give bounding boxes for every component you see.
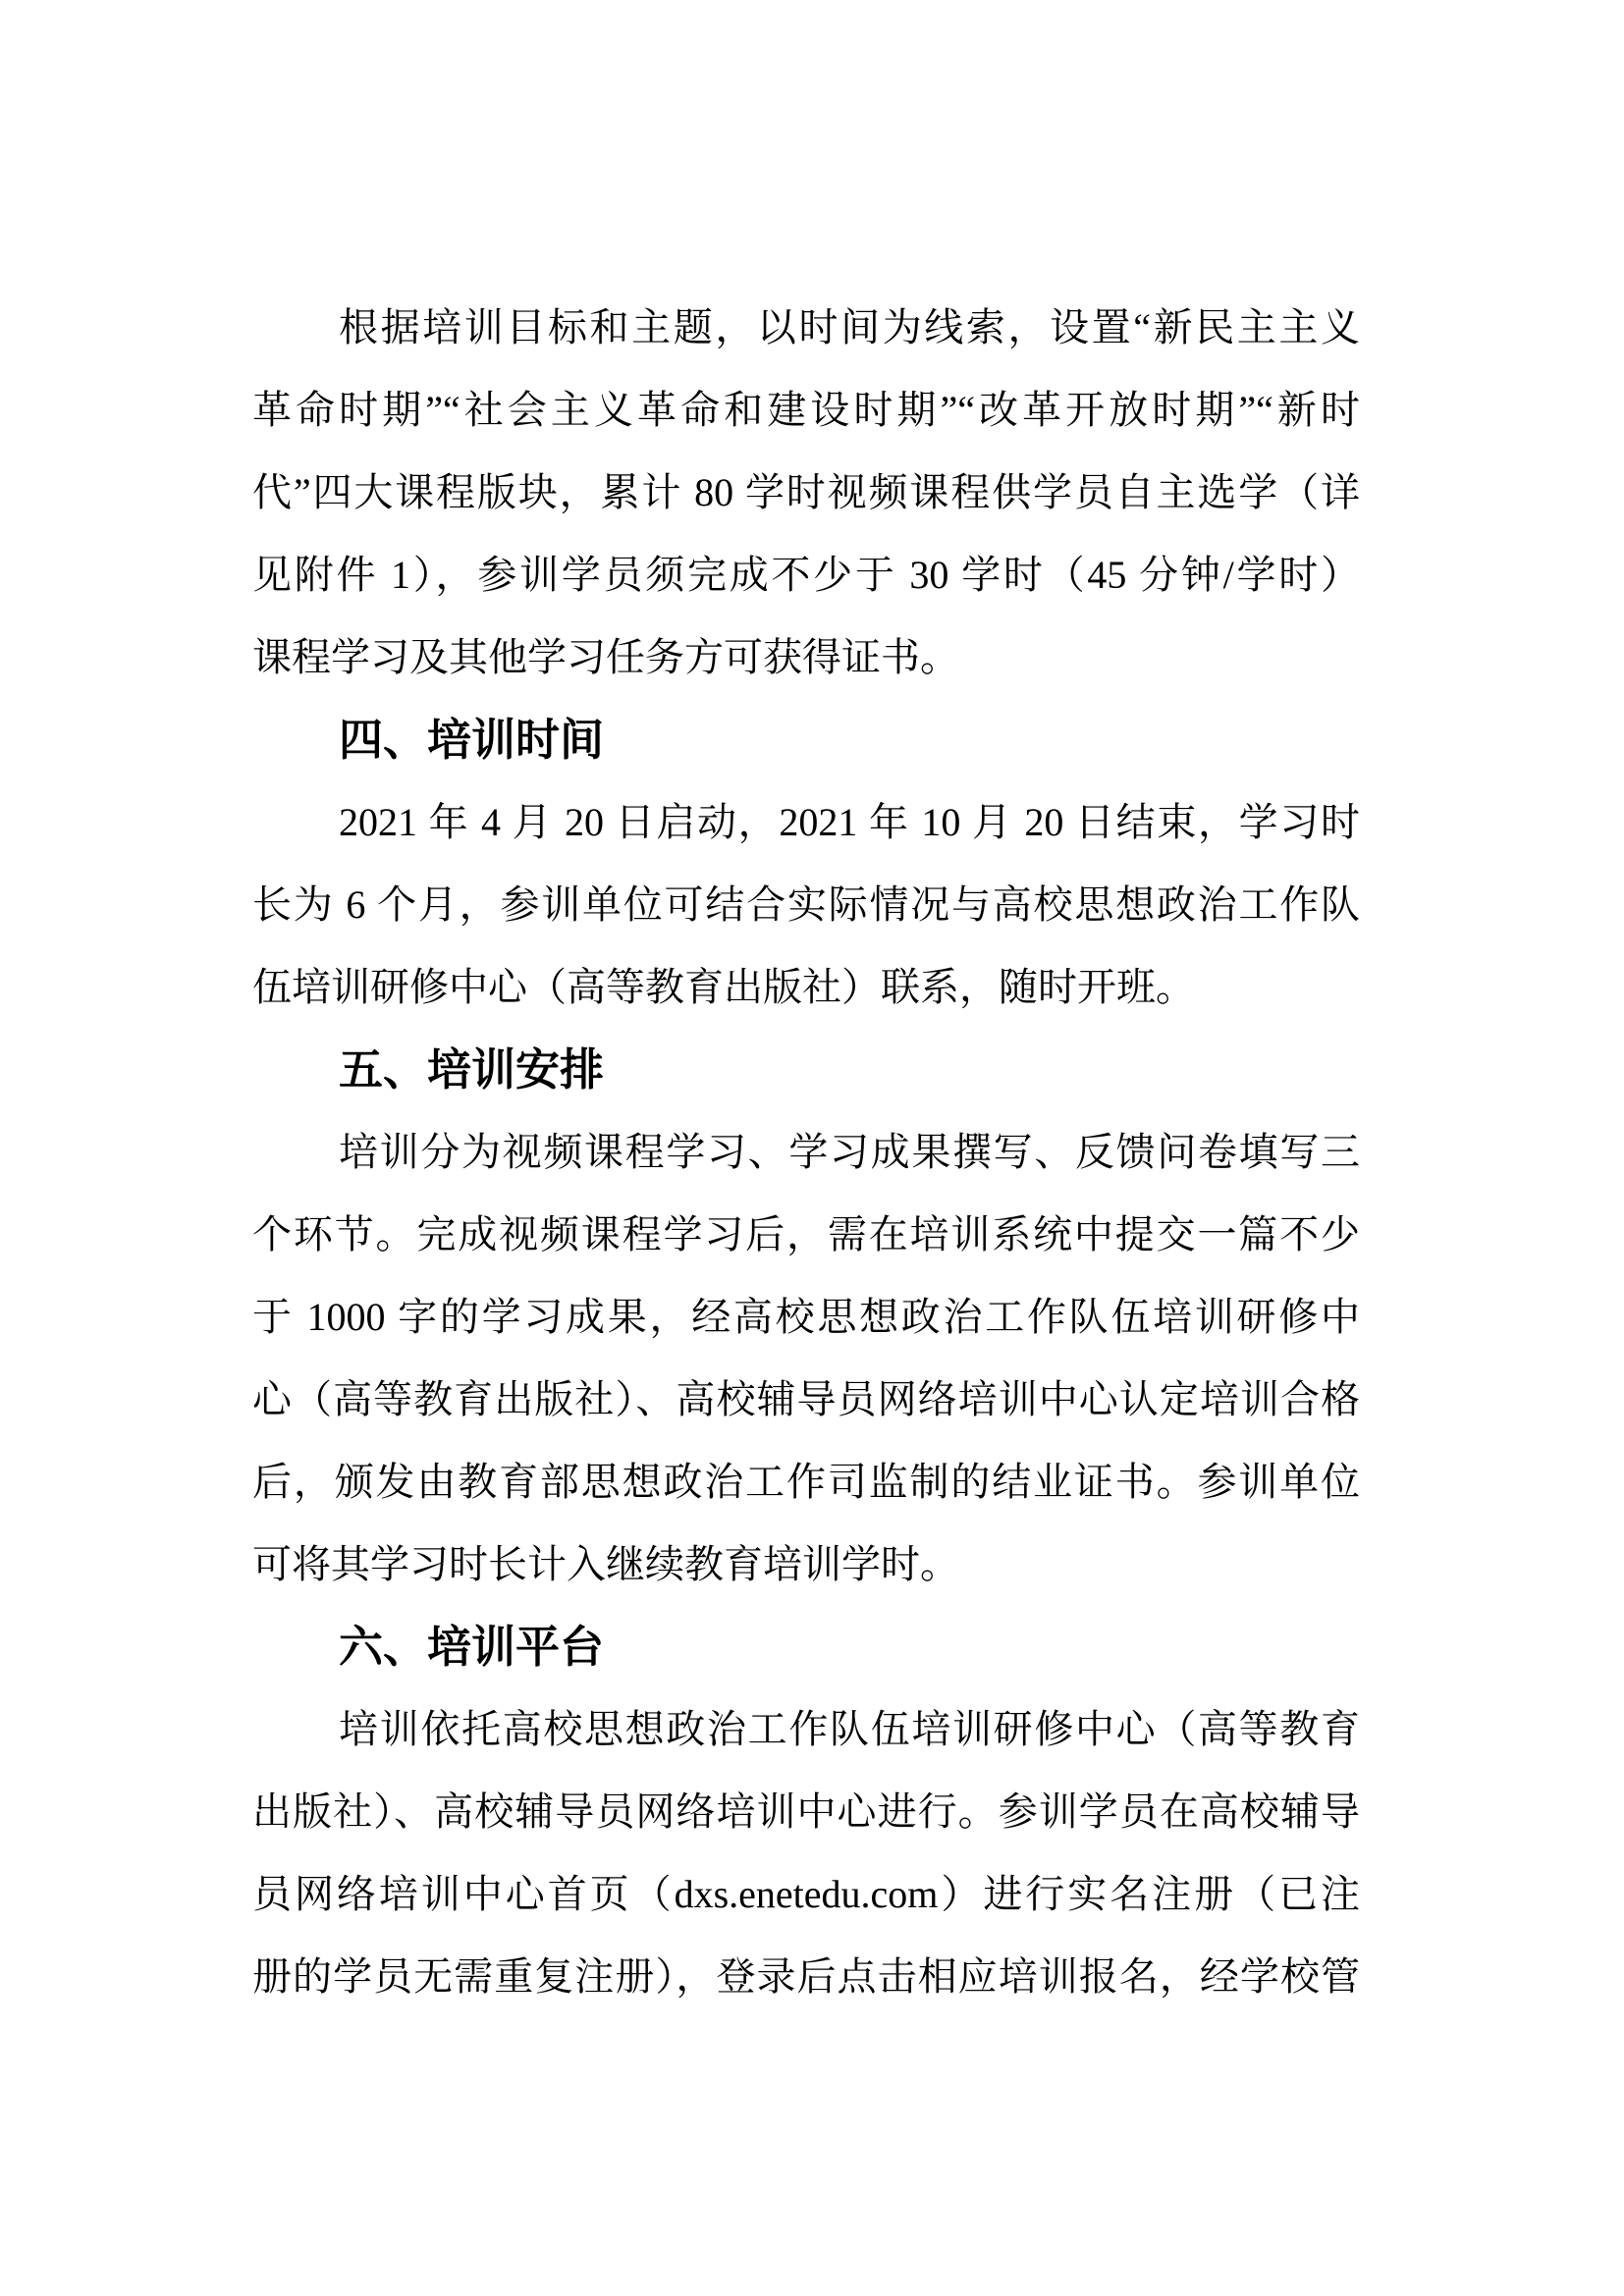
text-line: 培训分为视频课程学习、学习成果撰写、反馈问卷填写三 [252, 1111, 1360, 1194]
text-line: 个环节。完成视频课程学习后，需在培训系统中提交一篇不少 [252, 1194, 1360, 1276]
text-line: 册的学员无需重复注册），登录后点击相应培训报名，经学校管 [252, 1936, 1360, 2018]
text-line: 根据培训目标和主题，以时间为线索，设置“新民主主义 [252, 287, 1360, 369]
text-line: 培训依托高校思想政治工作队伍培训研修中心（高等教育 [252, 1688, 1360, 1771]
text-line: 出版社）、高校辅导员网络培训中心进行。参训学员在高校辅导 [252, 1771, 1360, 1853]
document-page: 根据培训目标和主题，以时间为线索，设置“新民主主义 革命时期”“社会主义革命和建… [0, 0, 1624, 2296]
text-line: 后，颁发由教育部思想政治工作司监制的结业证书。参训单位 [252, 1441, 1360, 1523]
document-text-column: 根据培训目标和主题，以时间为线索，设置“新民主主义 革命时期”“社会主义革命和建… [252, 287, 1360, 2018]
text-line: 见附件 1），参训学员须完成不少于 30 学时（45 分钟/学时） [252, 534, 1360, 616]
section-heading-4-training-time: 四、培训时间 [252, 699, 1360, 781]
text-line: 伍培训研修中心（高等教育出版社）联系，随时开班。 [252, 946, 1360, 1029]
text-line: 员网络培训中心首页（dxs.enetedu.com）进行实名注册（已注 [252, 1853, 1360, 1936]
text-line: 心（高等教育出版社）、高校辅导员网络培训中心认定培训合格 [252, 1359, 1360, 1441]
text-line: 代”四大课程版块，累计 80 学时视频课程供学员自主选学（详 [252, 452, 1360, 534]
text-line: 于 1000 字的学习成果，经高校思想政治工作队伍培训研修中 [252, 1276, 1360, 1359]
text-line: 长为 6 个月，参训单位可结合实际情况与高校思想政治工作队 [252, 864, 1360, 946]
text-line: 课程学习及其他学习任务方可获得证书。 [252, 616, 1360, 699]
text-line: 可将其学习时长计入继续教育培训学时。 [252, 1523, 1360, 1606]
section-heading-5-training-plan: 五、培训安排 [252, 1029, 1360, 1111]
text-line: 革命时期”“社会主义革命和建设时期”“改革开放时期”“新时 [252, 369, 1360, 452]
section-heading-6-training-platform: 六、培训平台 [252, 1606, 1360, 1688]
text-line: 2021 年 4 月 20 日启动，2021 年 10 月 20 日结束，学习时 [252, 781, 1360, 864]
